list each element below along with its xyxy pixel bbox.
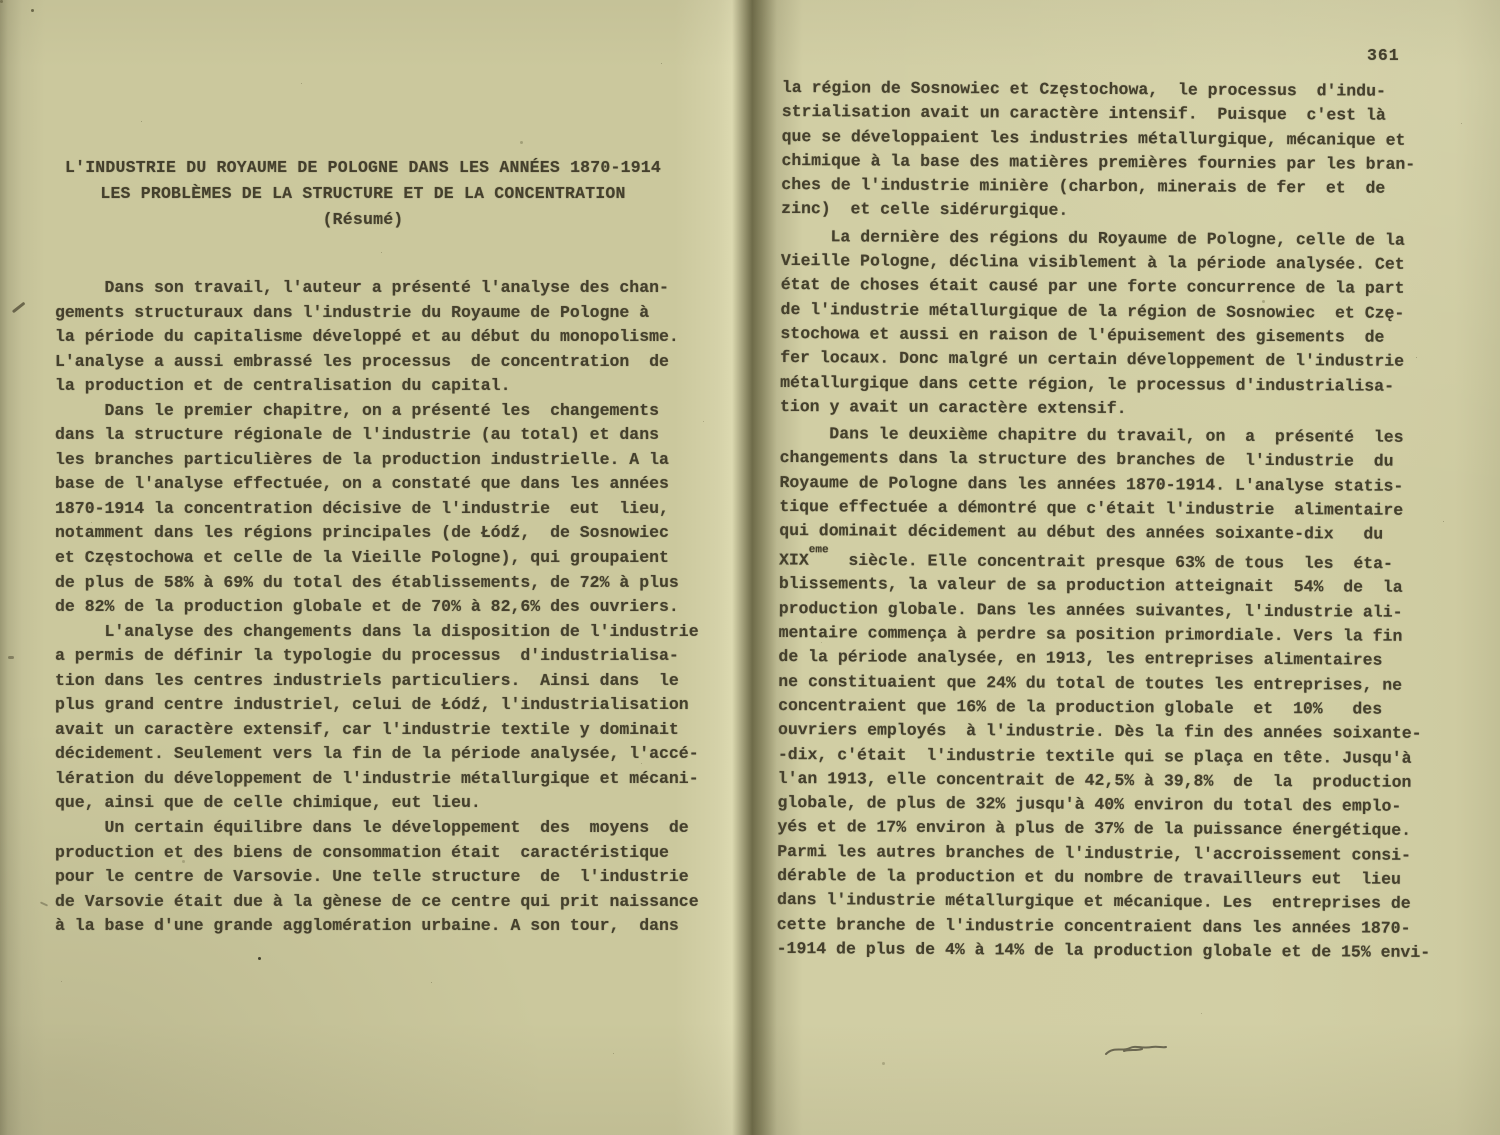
text-line: la période du capitalisme développé et a… [55, 325, 710, 350]
text-line: dans la structure régionale de l'industr… [55, 423, 710, 448]
text-line: base de l'analyse effectuée, on a consta… [55, 472, 710, 497]
text-line: XIXeme siècle. Elle concentrait presque … [779, 544, 1447, 577]
text-line: L'analyse a aussi embrassé les processus… [55, 350, 710, 375]
text-line: yés et de 17% environ à plus de 37% de l… [777, 815, 1445, 843]
text-line: pour le centre de Varsovie. Une telle st… [55, 865, 710, 890]
text-line: qui dominait décidement au début des ann… [779, 519, 1447, 547]
text-line: strialisation avait un caractère intensi… [782, 100, 1450, 128]
paragraph: Dans le deuxième chapitre du travail, on… [777, 422, 1448, 965]
right-page-text: la région de Sosnowiec et Częstochowa, l… [777, 76, 1450, 965]
text-line: de Varsovie était due à la gènese de ce … [55, 890, 710, 915]
text-line: les branches particulières de la product… [55, 448, 710, 473]
text-line: Dans son travail, l'auteur a présenté l'… [55, 276, 710, 301]
article-title: L'INDUSTRIE DU ROYAUME DE POLOGNE DANS L… [55, 155, 671, 232]
text-line: -1914 de plus de 4% à 14% de la producti… [777, 937, 1445, 965]
pen-squiggle-mark [1100, 1035, 1172, 1063]
text-line: L'analyse des changements dans la dispos… [55, 620, 710, 645]
margin-smudge [8, 656, 14, 659]
page-number: 361 [1367, 46, 1400, 65]
text-line: dans l'industrie métallurgique et mécani… [777, 888, 1445, 916]
text-line: fer locaux. Donc malgré un certain dével… [780, 346, 1448, 374]
text-line: de 82% de la production globale et de 70… [55, 595, 710, 620]
paragraph: la région de Sosnowiec et Częstochowa, l… [781, 76, 1450, 226]
paragraph: Dans son travail, l'auteur a présenté l'… [55, 276, 710, 399]
text-line: état de choses était causé par une forte… [781, 273, 1449, 301]
text-line: Dans le premier chapitre, on a présenté … [55, 399, 710, 424]
text-line: et Częstochowa et celle de la Vieille Po… [55, 546, 710, 571]
paragraph: Dans le premier chapitre, on a présenté … [55, 399, 710, 620]
text-line: de la période analysée, en 1913, les ent… [778, 645, 1446, 673]
text-line: zinc) et celle sidérurgique. [781, 197, 1449, 225]
text-line: lération du développement de l'industrie… [55, 767, 710, 792]
paragraph: La dernière des régions du Royaume de Po… [780, 225, 1449, 423]
text-line: ouvriers employés à l'industrie. Dès la … [778, 718, 1446, 746]
text-line: à la base d'une grande agglomération urb… [55, 914, 710, 939]
margin-pen-mark [12, 302, 25, 313]
text-line: notamment dans les régions principales (… [55, 521, 710, 546]
paragraph: Un certain équilibre dans le développeme… [55, 816, 710, 939]
text-line: la production et de centralisation du ca… [55, 374, 710, 399]
text-line: a permis de définir la typologie du proc… [55, 644, 710, 669]
text-line: Un certain équilibre dans le développeme… [55, 816, 710, 841]
text-line: changements dans la structure des branch… [780, 446, 1448, 474]
text-line: avait un caractère extensif, car l'indus… [55, 718, 710, 743]
text-line: production et des biens de consommation … [55, 841, 710, 866]
margin-smudge [40, 901, 48, 906]
paragraph: L'analyse des changements dans la dispos… [55, 620, 710, 816]
text-line: tion dans les centres industriels partic… [55, 669, 710, 694]
text-line: plus grand centre industriel, celui de Ł… [55, 693, 710, 718]
text-line: de plus de 58% à 69% du total des établi… [55, 571, 710, 596]
left-page-text: Dans son travail, l'auteur a présenté l'… [55, 276, 710, 939]
text-line: décidement. Seulement vers la fin de la … [55, 742, 710, 767]
text-line: que, ainsi que de celle chimique, eut li… [55, 791, 710, 816]
text-line: LES PROBLÈMES DE LA STRUCTURE ET DE LA C… [55, 181, 671, 207]
text-line: (Résumé) [55, 207, 671, 233]
text-line: 1870-1914 la concentration décisive de l… [55, 497, 710, 522]
text-line: gements structuraux dans l'industrie du … [55, 301, 710, 326]
text-line: tion y avait un caractère extensif. [780, 395, 1448, 423]
scanned-book-spread: 361 L'INDUSTRIE DU ROYAUME DE POLOGNE DA… [0, 0, 1500, 1135]
text-line: blissements, la valeur de sa production … [779, 572, 1447, 600]
text-line: L'INDUSTRIE DU ROYAUME DE POLOGNE DANS L… [55, 155, 671, 181]
